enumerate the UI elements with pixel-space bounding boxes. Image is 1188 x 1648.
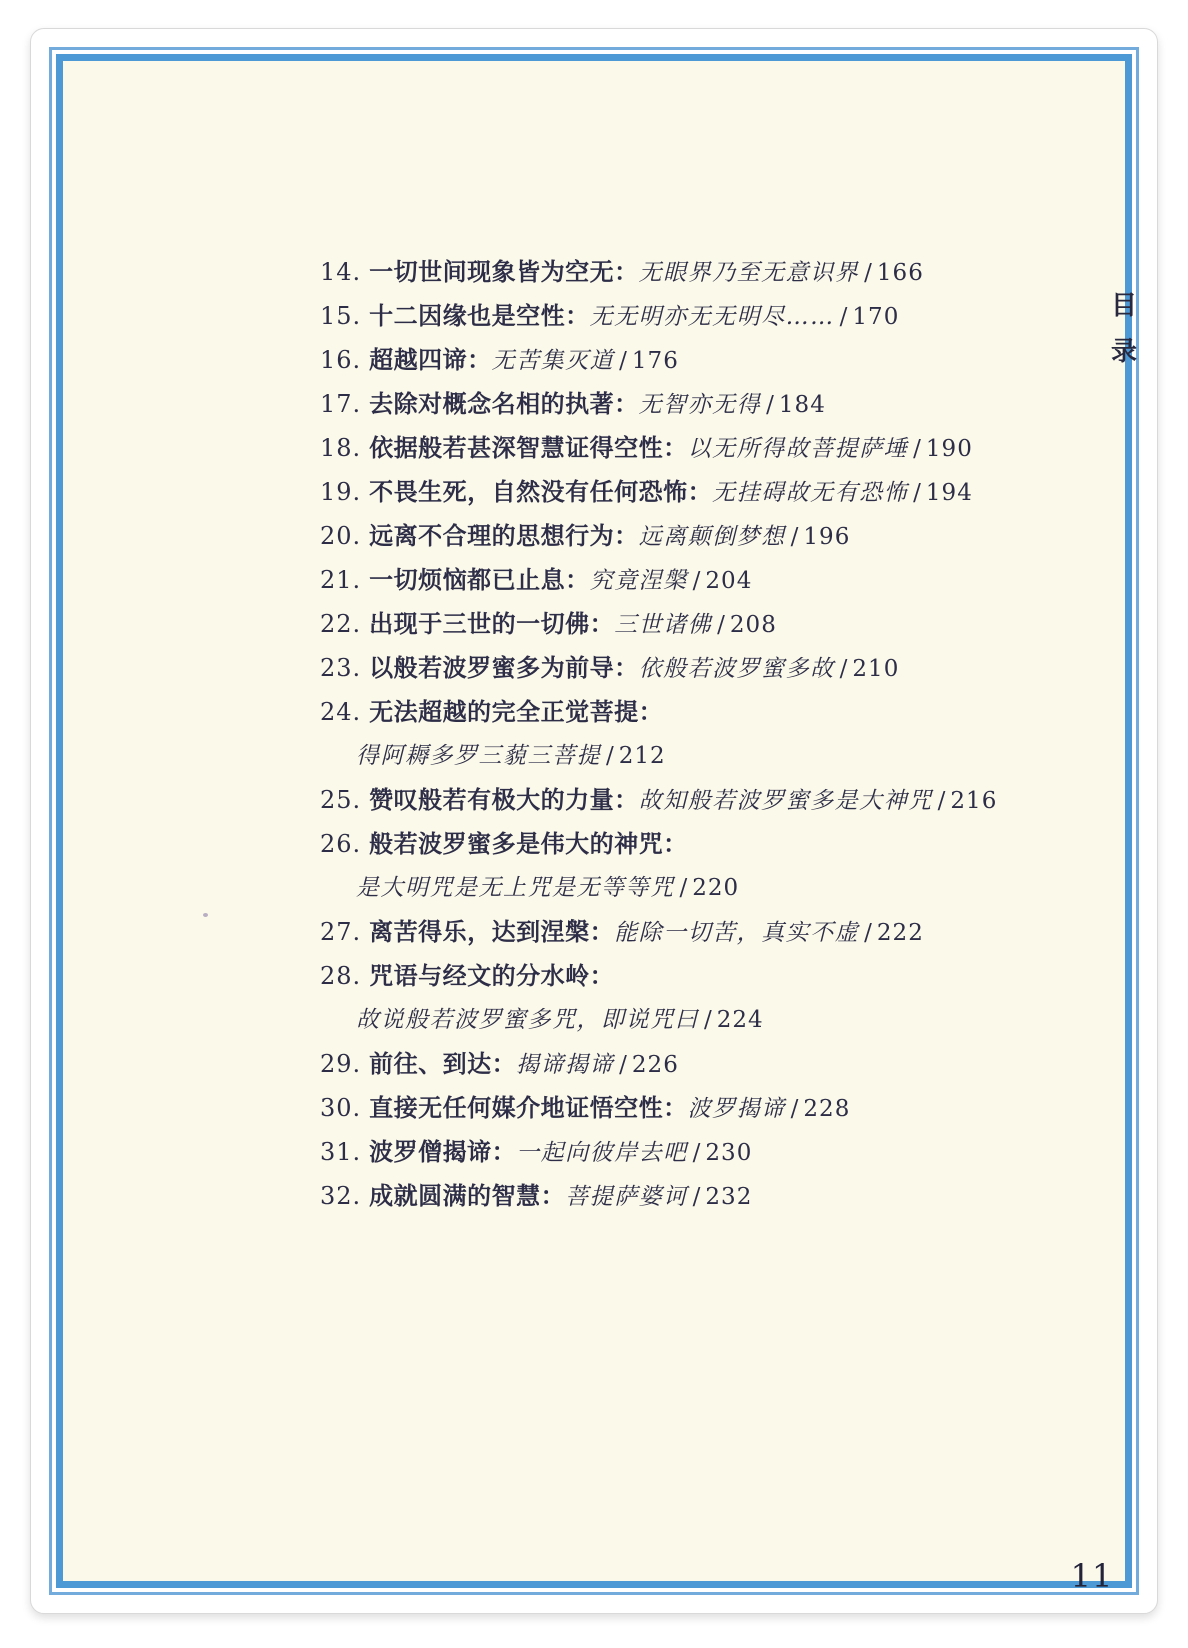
toc-entry-subtitle: 一起向彼岸去吧 <box>516 1140 688 1166</box>
toc-entry-page: 222 <box>877 920 924 946</box>
toc-entry-title: 以般若波罗蜜多为前导： <box>369 653 639 682</box>
toc-entry-subtitle: 得阿耨多罗三藐三菩提 <box>356 743 601 769</box>
page-number: 11 <box>1057 1557 1127 1595</box>
toc-entry-title: 波罗僧揭谛： <box>369 1137 516 1166</box>
toc-entry-title: 一切世间现象皆为空无： <box>369 257 639 286</box>
toc-entry-title: 前往、到达： <box>369 1049 516 1078</box>
toc-entry-page: 212 <box>619 743 666 769</box>
toc-entry-separator: / <box>835 656 853 682</box>
toc-entry: 32.成就圆满的智慧：菩提萨婆诃/232 <box>320 1174 1040 1218</box>
toc-entry-separator: / <box>859 260 877 286</box>
toc-entry-subtitle: 能除一切苦，真实不虚 <box>614 920 859 946</box>
toc-entry-separator: / <box>614 348 632 374</box>
toc-entry-title: 赞叹般若有极大的力量： <box>369 785 639 814</box>
toc-entry: 18.依据般若甚深智慧证得空性：以无所得故菩提萨埵/190 <box>320 426 1040 470</box>
toc-entry-separator: / <box>614 1052 632 1078</box>
toc-entry-subtitle: 究竟涅槃 <box>590 568 688 594</box>
toc-entry-title: 成就圆满的智慧： <box>369 1181 565 1210</box>
toc-entry-number: 24. <box>320 698 369 726</box>
toc-entry-number: 32. <box>320 1182 369 1210</box>
toc-entry-separator: / <box>688 568 706 594</box>
toc-entry: 31.波罗僧揭谛：一起向彼岸去吧/230 <box>320 1130 1040 1174</box>
toc-entry-page: 184 <box>779 392 826 418</box>
toc-entry: 24.无法超越的完全正觉菩提： <box>320 690 1040 734</box>
toc-entry-continuation: 故说般若波罗蜜多咒，即说咒曰/224 <box>320 998 1040 1042</box>
toc-entry-page: 210 <box>852 656 899 682</box>
toc-entry-title: 咒语与经文的分水岭： <box>369 961 614 990</box>
toc-entry-number: 30. <box>320 1094 369 1122</box>
scanned-book-page: 14.一切世间现象皆为空无：无眼界乃至无意识界/166 15.十二因缘也是空性：… <box>0 0 1188 1648</box>
toc-entry-subtitle: 揭谛揭谛 <box>516 1052 614 1078</box>
toc-entry-subtitle: 无挂碍故无有恐怖 <box>712 480 908 506</box>
toc-entry-number: 19. <box>320 478 369 506</box>
toc-entry-title: 离苦得乐，达到涅槃： <box>369 917 614 946</box>
toc-entry-separator: / <box>786 524 804 550</box>
toc-entry-number: 31. <box>320 1138 369 1166</box>
toc-entry-page: 228 <box>803 1096 850 1122</box>
toc-entry: 25.赞叹般若有极大的力量：故知般若波罗蜜多是大神咒/216 <box>320 778 1040 822</box>
toc-entry-title: 不畏生死，自然没有任何恐怖： <box>369 477 712 506</box>
toc-entry: 23.以般若波罗蜜多为前导：依般若波罗蜜多故/210 <box>320 646 1040 690</box>
toc-entry-separator: / <box>859 920 877 946</box>
toc-entry-page: 216 <box>950 788 997 814</box>
toc-entry-title: 般若波罗蜜多是伟大的神咒： <box>369 829 688 858</box>
toc-entry-number: 22. <box>320 610 369 638</box>
toc-entry-page: 176 <box>632 348 679 374</box>
toc-entry: 21.一切烦恼都已止息：究竟涅槃/204 <box>320 558 1040 602</box>
toc-entry-separator: / <box>761 392 779 418</box>
toc-entry: 19.不畏生死，自然没有任何恐怖：无挂碍故无有恐怖/194 <box>320 470 1040 514</box>
toc-entry-separator: / <box>908 436 926 462</box>
toc-entry-separator: / <box>786 1096 804 1122</box>
toc-entry-page: 196 <box>803 524 850 550</box>
toc-entry-subtitle: 以无所得故菩提萨埵 <box>688 436 909 462</box>
toc-entry: 29.前往、到达：揭谛揭谛/226 <box>320 1042 1040 1086</box>
toc-entry: 20.远离不合理的思想行为：远离颠倒梦想/196 <box>320 514 1040 558</box>
toc-entry-subtitle: 无无明亦无无明尽…… <box>590 304 835 330</box>
toc-entry-separator: / <box>933 788 951 814</box>
toc-entry-subtitle: 菩提萨婆诃 <box>565 1184 688 1210</box>
paper-surface: 14.一切世间现象皆为空无：无眼界乃至无意识界/166 15.十二因缘也是空性：… <box>95 93 1093 1549</box>
toc-list: 14.一切世间现象皆为空无：无眼界乃至无意识界/166 15.十二因缘也是空性：… <box>320 250 1040 1218</box>
toc-entry-separator: / <box>688 1184 706 1210</box>
toc-entry-subtitle: 是大明咒是无上咒是无等等咒 <box>356 875 675 901</box>
toc-entry-page: 166 <box>877 260 924 286</box>
toc-entry-page: 194 <box>926 480 973 506</box>
toc-entry-number: 18. <box>320 434 369 462</box>
toc-entry-page: 220 <box>692 875 739 901</box>
running-head-char-1: 目 <box>1111 293 1137 320</box>
toc-entry-separator: / <box>712 612 730 638</box>
toc-entry-title: 一切烦恼都已止息： <box>369 565 590 594</box>
toc-entry-title: 远离不合理的思想行为： <box>369 521 639 550</box>
toc-entry: 17.去除对概念名相的执著：无智亦无得/184 <box>320 382 1040 426</box>
toc-entry-separator: / <box>675 875 693 901</box>
toc-entry: 26.般若波罗蜜多是伟大的神咒： <box>320 822 1040 866</box>
toc-entry-title: 直接无任何媒介地证悟空性： <box>369 1093 688 1122</box>
toc-entry: 22.出现于三世的一切佛：三世诸佛/208 <box>320 602 1040 646</box>
toc-entry: 27.离苦得乐，达到涅槃：能除一切苦，真实不虚/222 <box>320 910 1040 954</box>
toc-entry-page: 190 <box>926 436 973 462</box>
page-card: 14.一切世间现象皆为空无：无眼界乃至无意识界/166 15.十二因缘也是空性：… <box>30 28 1158 1614</box>
toc-entry-page: 204 <box>705 568 752 594</box>
toc-entry-number: 23. <box>320 654 369 682</box>
toc-entry-number: 25. <box>320 786 369 814</box>
toc-entry-title: 去除对概念名相的执著： <box>369 389 639 418</box>
toc-entry-number: 21. <box>320 566 369 594</box>
toc-entry-subtitle: 远离颠倒梦想 <box>639 524 786 550</box>
toc-entry-subtitle: 无智亦无得 <box>639 392 762 418</box>
toc-entry-separator: / <box>601 743 619 769</box>
toc-entry-subtitle: 无眼界乃至无意识界 <box>639 260 860 286</box>
toc-entry: 16.超越四谛：无苦集灭道/176 <box>320 338 1040 382</box>
toc-entry-number: 28. <box>320 962 369 990</box>
toc-entry-continuation: 得阿耨多罗三藐三菩提/212 <box>320 734 1040 778</box>
print-speck <box>203 913 208 917</box>
toc-entry-subtitle: 波罗揭谛 <box>688 1096 786 1122</box>
toc-entry-page: 170 <box>852 304 899 330</box>
toc-entry-title: 无法超越的完全正觉菩提： <box>369 697 663 726</box>
toc-entry-subtitle: 无苦集灭道 <box>492 348 615 374</box>
toc-entry-number: 17. <box>320 390 369 418</box>
toc-entry-page: 224 <box>717 1007 764 1033</box>
toc-entry-subtitle: 依般若波罗蜜多故 <box>639 656 835 682</box>
running-head-char-2: 录 <box>1111 339 1137 366</box>
toc-entry-separator: / <box>688 1140 706 1166</box>
toc-entry-continuation: 是大明咒是无上咒是无等等咒/220 <box>320 866 1040 910</box>
toc-entry-number: 27. <box>320 918 369 946</box>
toc-entry-title: 出现于三世的一切佛： <box>369 609 614 638</box>
toc-entry-subtitle: 三世诸佛 <box>614 612 712 638</box>
toc-entry-title: 超越四谛： <box>369 345 492 374</box>
toc-entry-separator: / <box>908 480 926 506</box>
toc-entry-subtitle: 故知般若波罗蜜多是大神咒 <box>639 788 933 814</box>
toc-entry-title: 依据般若甚深智慧证得空性： <box>369 433 688 462</box>
toc-entry: 14.一切世间现象皆为空无：无眼界乃至无意识界/166 <box>320 250 1040 294</box>
toc-entry-page: 208 <box>730 612 777 638</box>
inner-blue-frame: 14.一切世间现象皆为空无：无眼界乃至无意识界/166 15.十二因缘也是空性：… <box>56 54 1132 1588</box>
toc-entry-subtitle: 故说般若波罗蜜多咒，即说咒曰 <box>356 1007 699 1033</box>
running-head: 目 录 <box>1109 293 1139 366</box>
toc-entry-number: 26. <box>320 830 369 858</box>
toc-entry: 30.直接无任何媒介地证悟空性：波罗揭谛/228 <box>320 1086 1040 1130</box>
toc-entry-number: 16. <box>320 346 369 374</box>
toc-entry-page: 226 <box>632 1052 679 1078</box>
toc-entry-number: 15. <box>320 302 369 330</box>
toc-entry: 15.十二因缘也是空性：无无明亦无无明尽……/170 <box>320 294 1040 338</box>
toc-entry-page: 230 <box>705 1140 752 1166</box>
toc-entry-separator: / <box>835 304 853 330</box>
toc-entry-separator: / <box>699 1007 717 1033</box>
toc-entry-number: 14. <box>320 258 369 286</box>
toc-entry-number: 29. <box>320 1050 369 1078</box>
toc-entry-page: 232 <box>705 1184 752 1210</box>
toc-entry-number: 20. <box>320 522 369 550</box>
toc-entry-title: 十二因缘也是空性： <box>369 301 590 330</box>
toc-entry: 28.咒语与经文的分水岭： <box>320 954 1040 998</box>
